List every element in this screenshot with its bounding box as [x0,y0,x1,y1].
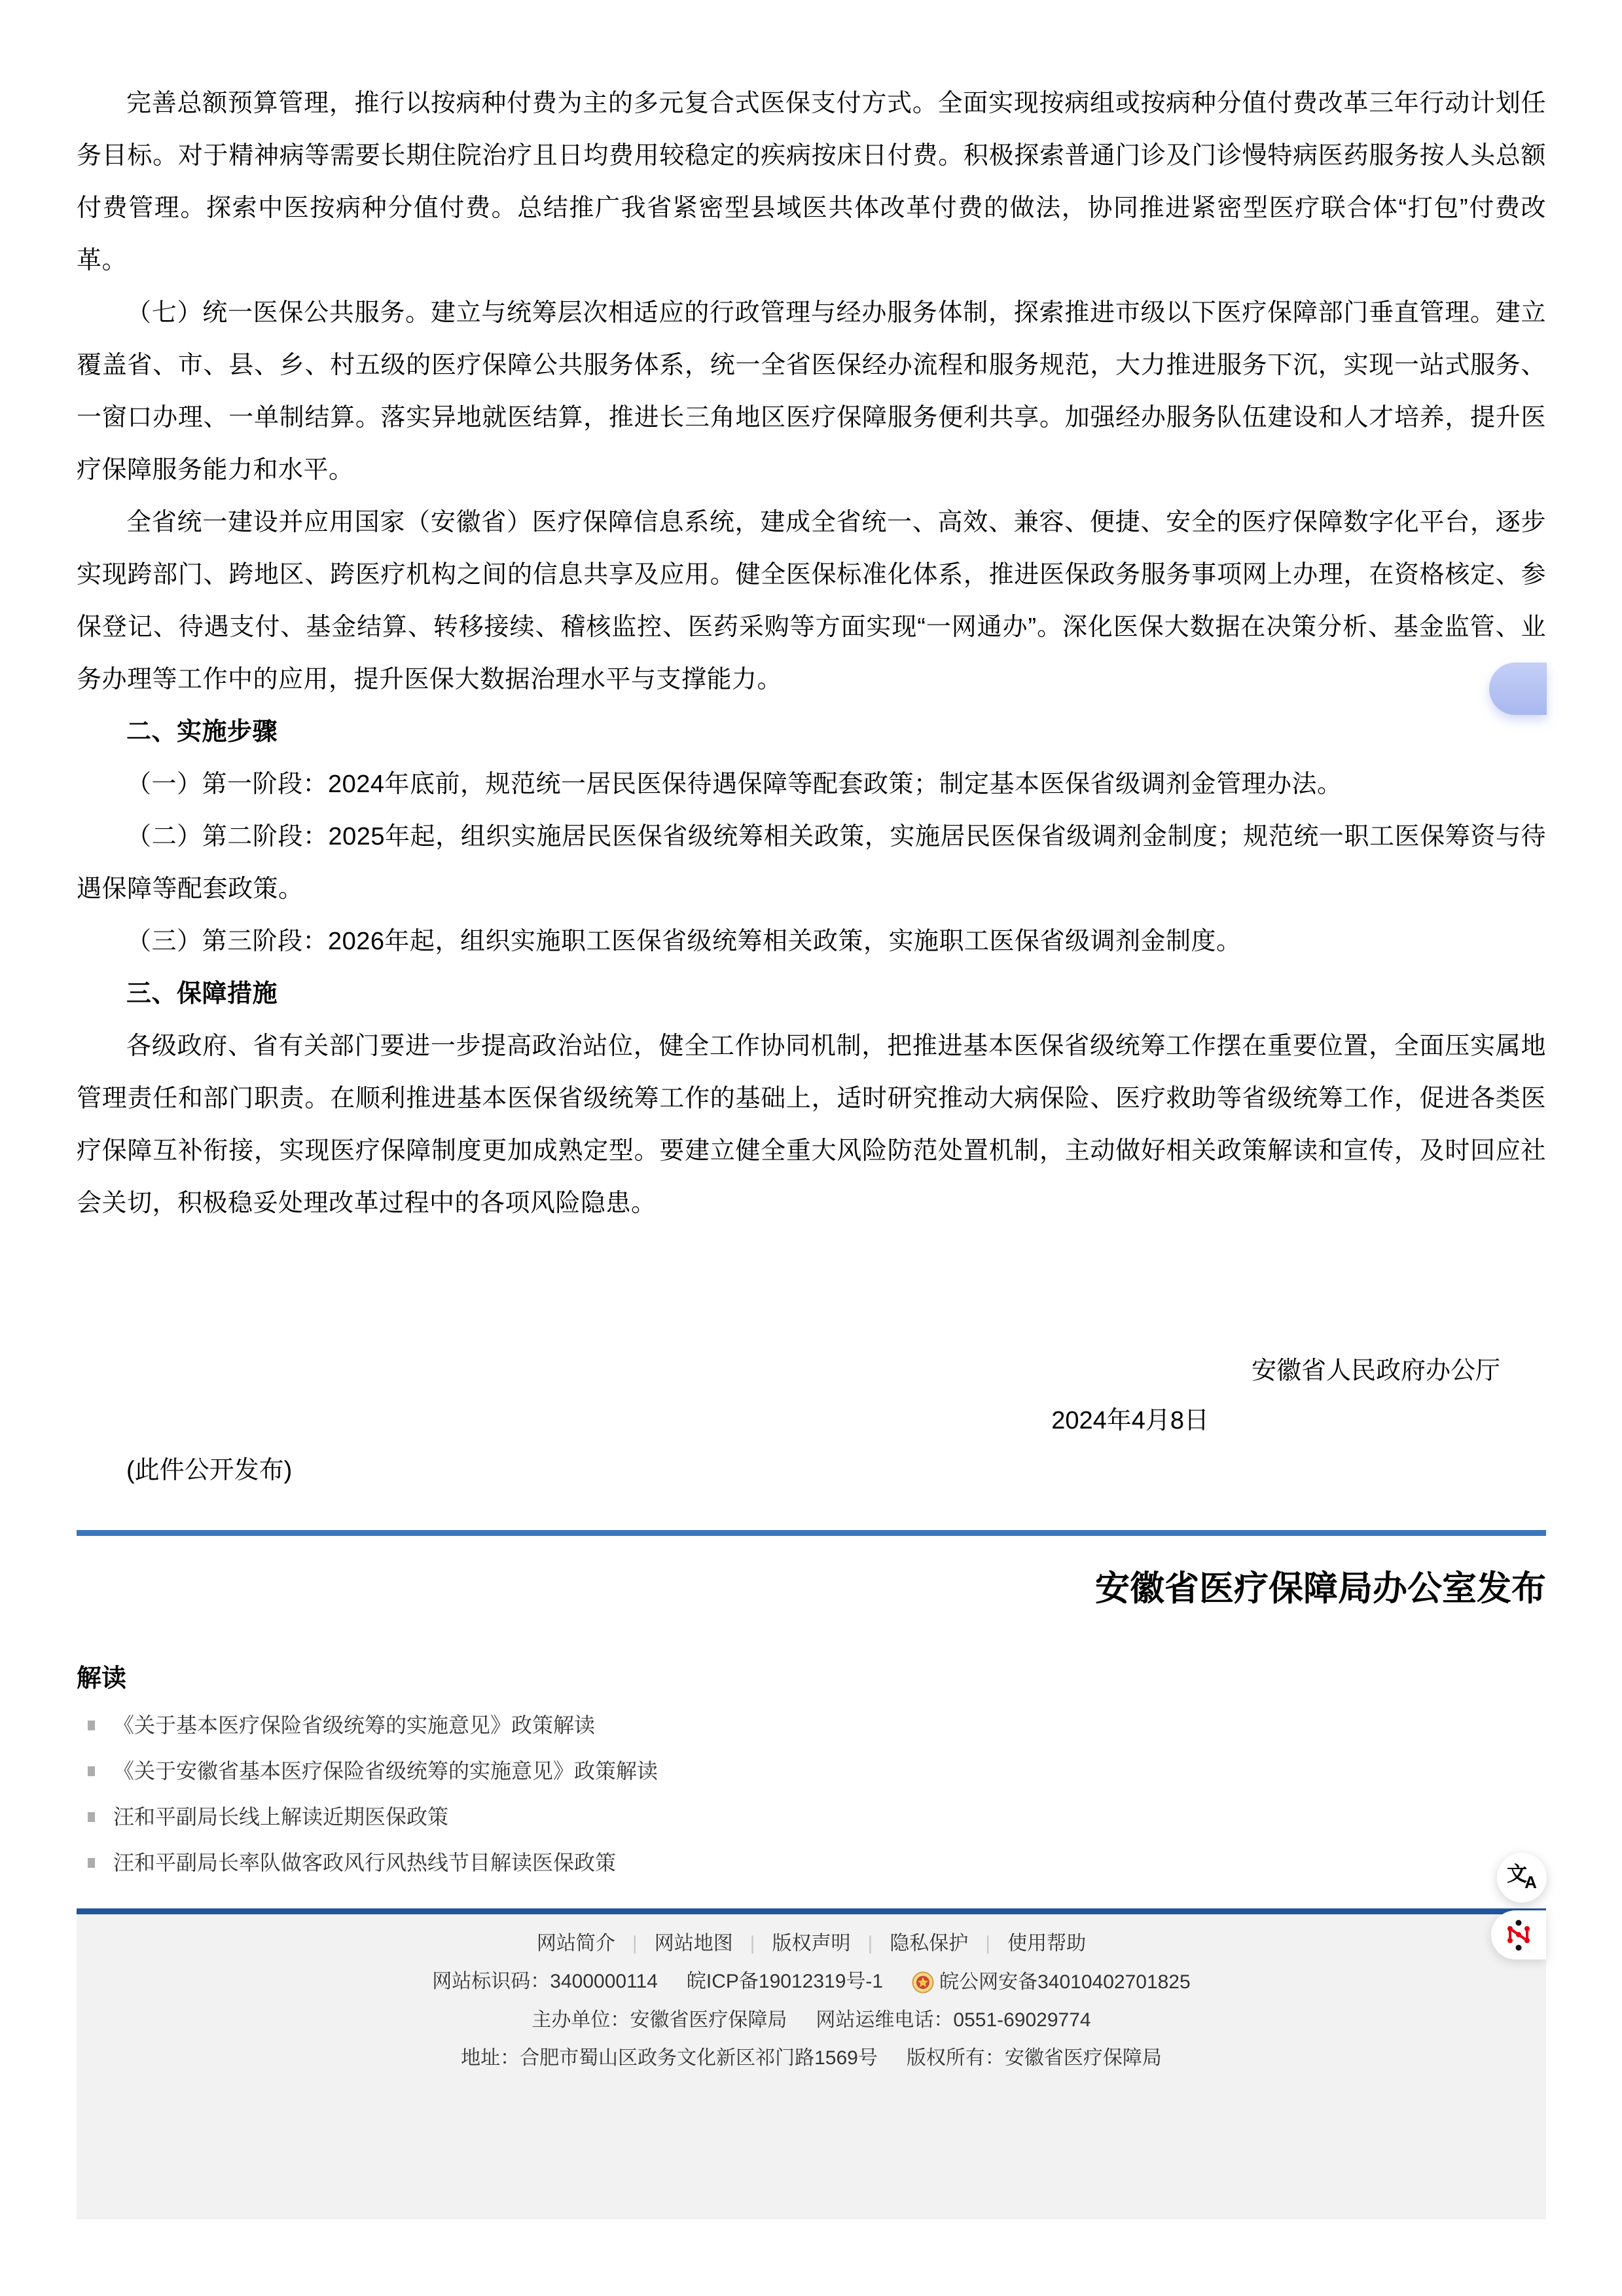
interpretation-link-label: 《关于安徽省基本医疗保险省级统筹的实施意见》政策解读 [113,1748,658,1794]
paragraph: （三）第三阶段：2026年起，组织实施职工医保省级统筹相关政策，实施职工医保省级… [77,915,1546,968]
footer-top-bar [77,1908,1546,1914]
translate-widget-button[interactable]: 文 A [1497,1853,1547,1903]
page: 完善总额预算管理，推行以按病种付费为主的多元复合式医保支付方式。全面实现按病组或… [0,0,1622,2296]
address-text: 地址：合肥市蜀山区政务文化新区祁门路1569号 [461,2047,878,2069]
footer-link[interactable]: 隐私保护 [851,1925,969,1963]
signature-org: 安徽省人民政府办公厅 [77,1346,1546,1396]
interpretation-list: 《关于基本医疗保险省级统筹的实施意见》政策解读 《关于安徽省基本医疗保险省级统筹… [77,1702,1546,1886]
paragraph: 二、实施步骤 [77,706,1546,758]
interpretation-section: 解读 《关于基本医疗保险省级统筹的实施意见》政策解读 《关于安徽省基本医疗保险省… [77,1664,1546,1886]
collapsed-side-widget[interactable] [1489,663,1547,715]
paragraph: （二）第二阶段：2025年起，组织实施居民医保省级统筹相关政策，实施居民医保省级… [77,811,1546,915]
footer-link[interactable]: 使用帮助 [968,1925,1086,1963]
bullet-icon [88,1766,95,1776]
content-container: 完善总额预算管理，推行以按病种付费为主的多元复合式医保支付方式。全面实现按病组或… [77,0,1546,1886]
paragraph: 全省统一建设并应用国家（安徽省）医疗保障信息系统，建成全省统一、高效、兼容、便捷… [77,496,1546,706]
security-record-link[interactable]: 皖公网安备34010402701825 [912,1963,1191,2001]
interpretation-link-label: 汪和平副局长线上解读近期医保政策 [113,1794,448,1840]
bullet-icon [88,1858,95,1868]
organizer-text: 主办单位：安徽省医疗保障局 [532,2009,787,2031]
bullet-icon [88,1812,95,1822]
bullet-icon [88,1721,95,1730]
phone-text: 网站运维电话：0551-69029774 [816,2009,1090,2031]
gov-network-icon [1504,1919,1534,1952]
interpretation-link[interactable]: 汪和平副局长率队做客政风行风热线节目解读医保政策 [77,1840,1546,1886]
signature-date: 2024年4月8日 [77,1396,1546,1446]
footer-link[interactable]: 网站地图 [615,1925,733,1963]
paragraph: 各级政府、省有关部门要进一步提高政治站位，健全工作协同机制，把推进基本医保省级统… [77,1020,1546,1230]
document-body: 完善总额预算管理，推行以按病种付费为主的多元复合式医保支付方式。全面实现按病组或… [77,0,1546,1230]
police-badge-icon [912,1971,934,1994]
icp-link[interactable]: 皖ICP备19012319号-1 [687,1971,883,1992]
site-id-text: 网站标识码：3400000114 [432,1971,658,1992]
footer-link[interactable]: 版权声明 [733,1925,851,1963]
paragraph: （七）统一医保公共服务。建立与统筹层次相适应的行政管理与经办服务体制，探索推进市… [77,287,1546,496]
translate-icon-latin: A [1524,1874,1537,1891]
gov-network-widget-button[interactable] [1491,1910,1546,1959]
interpretation-link-label: 《关于基本医疗保险省级统筹的实施意见》政策解读 [113,1702,595,1748]
section-divider [77,1530,1546,1536]
footer-row-address: 地址：合肥市蜀山区政务文化新区祁门路1569号版权所有：安徽省医疗保障局 [77,2039,1546,2077]
interpretation-link[interactable]: 《关于基本医疗保险省级统筹的实施意见》政策解读 [77,1702,1546,1748]
paragraph: 三、保障措施 [77,968,1546,1020]
interpretation-heading: 解读 [77,1664,1546,1693]
security-record-label: 皖公网安备34010402701825 [939,1963,1191,2001]
interpretation-link[interactable]: 《关于安徽省基本医疗保险省级统筹的实施意见》政策解读 [77,1748,1546,1794]
footer-link[interactable]: 网站简介 [537,1925,615,1963]
interpretation-link[interactable]: 汪和平副局长线上解读近期医保政策 [77,1794,1546,1840]
footer-row-registration: 网站标识码：3400000114皖ICP备19012319号-1皖公网安备340… [77,1963,1546,2001]
footer-links-row: 网站简介 网站地图 版权声明 隐私保护 使用帮助 [77,1925,1546,1963]
copyright-text: 版权所有：安徽省医疗保障局 [907,2047,1162,2069]
paragraph: （一）第一阶段：2024年底前，规范统一居民医保待遇保障等配套政策；制定基本医保… [77,758,1546,811]
footer: 网站简介 网站地图 版权声明 隐私保护 使用帮助 网站标识码：340000011… [77,1914,1546,2219]
footer-row-organizer: 主办单位：安徽省医疗保障局网站运维电话：0551-69029774 [77,2001,1546,2039]
signature-note: (此件公开发布) [77,1446,1546,1495]
interpretation-link-label: 汪和平副局长率队做客政风行风热线节目解读医保政策 [113,1840,616,1886]
signature-block: 安徽省人民政府办公厅 2024年4月8日 (此件公开发布) [77,1346,1546,1495]
paragraph: 完善总额预算管理，推行以按病种付费为主的多元复合式医保支付方式。全面实现按病组或… [77,77,1546,287]
publisher-title: 安徽省医疗保障局办公室发布 [77,1569,1546,1609]
